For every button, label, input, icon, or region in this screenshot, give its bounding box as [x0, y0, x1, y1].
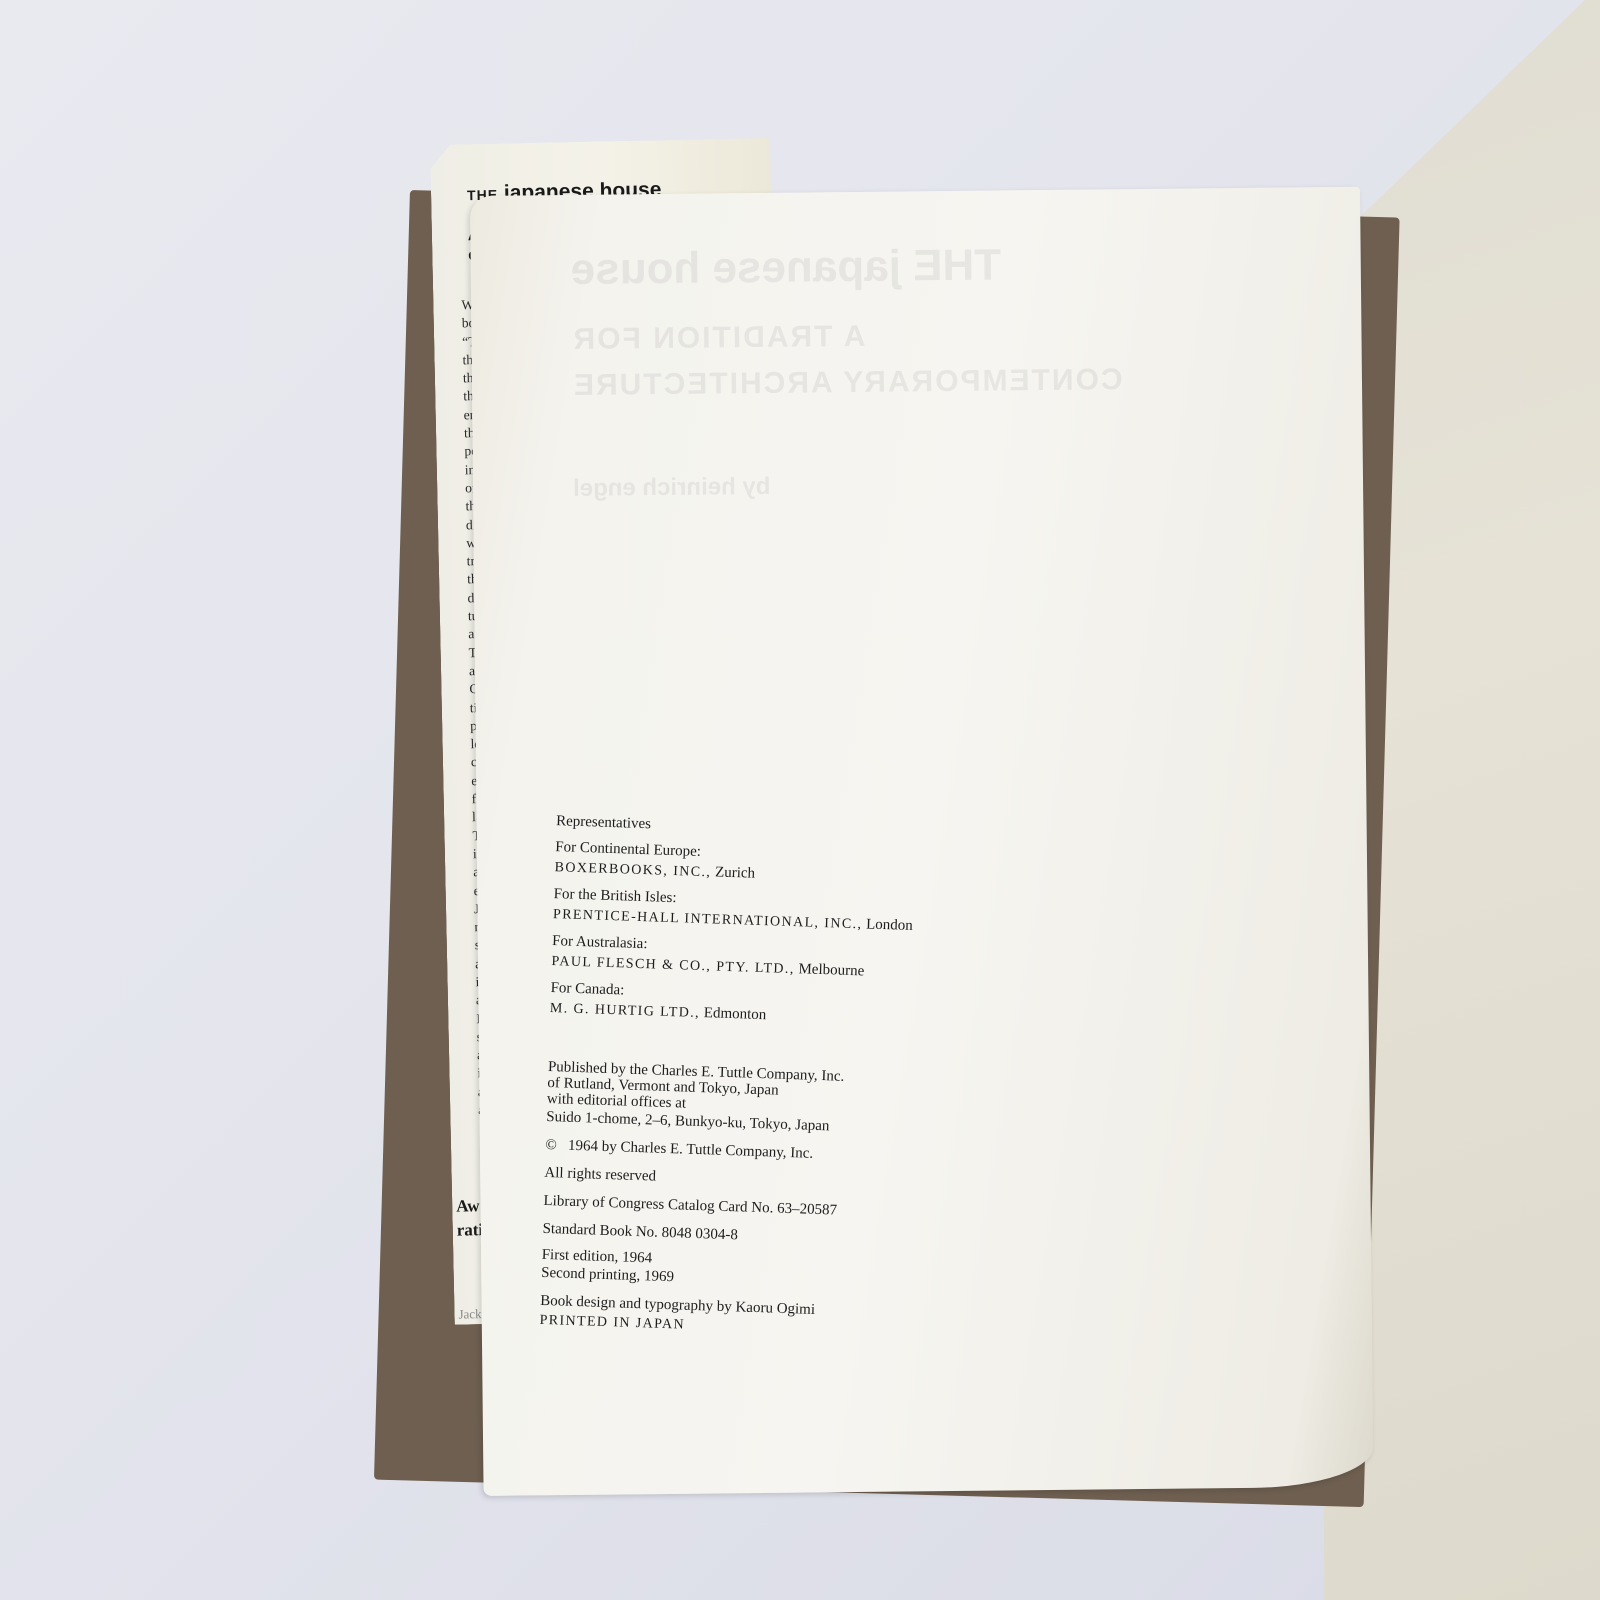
show-through-subtitle-2: CONTEMPORARY ARCHITECTURE: [572, 363, 1123, 403]
jacket-credit: Jack: [458, 1306, 481, 1322]
show-through-subtitle-1: A TRADITION FOR: [571, 320, 865, 357]
publisher-block: Published by the Charles E. Tuttle Compa…: [546, 1059, 1108, 1146]
jacket-award: Aw rati: [456, 1194, 483, 1243]
copyright-page: THE japanese house A TRADITION FOR CONTE…: [470, 187, 1374, 1496]
show-through-author: by heinrich engel: [573, 473, 771, 503]
copyright-symbol: ©: [545, 1137, 557, 1153]
colophon: Representatives For Continental Europe: …: [539, 811, 1116, 1349]
show-through-title: THE japanese house: [571, 240, 1002, 295]
